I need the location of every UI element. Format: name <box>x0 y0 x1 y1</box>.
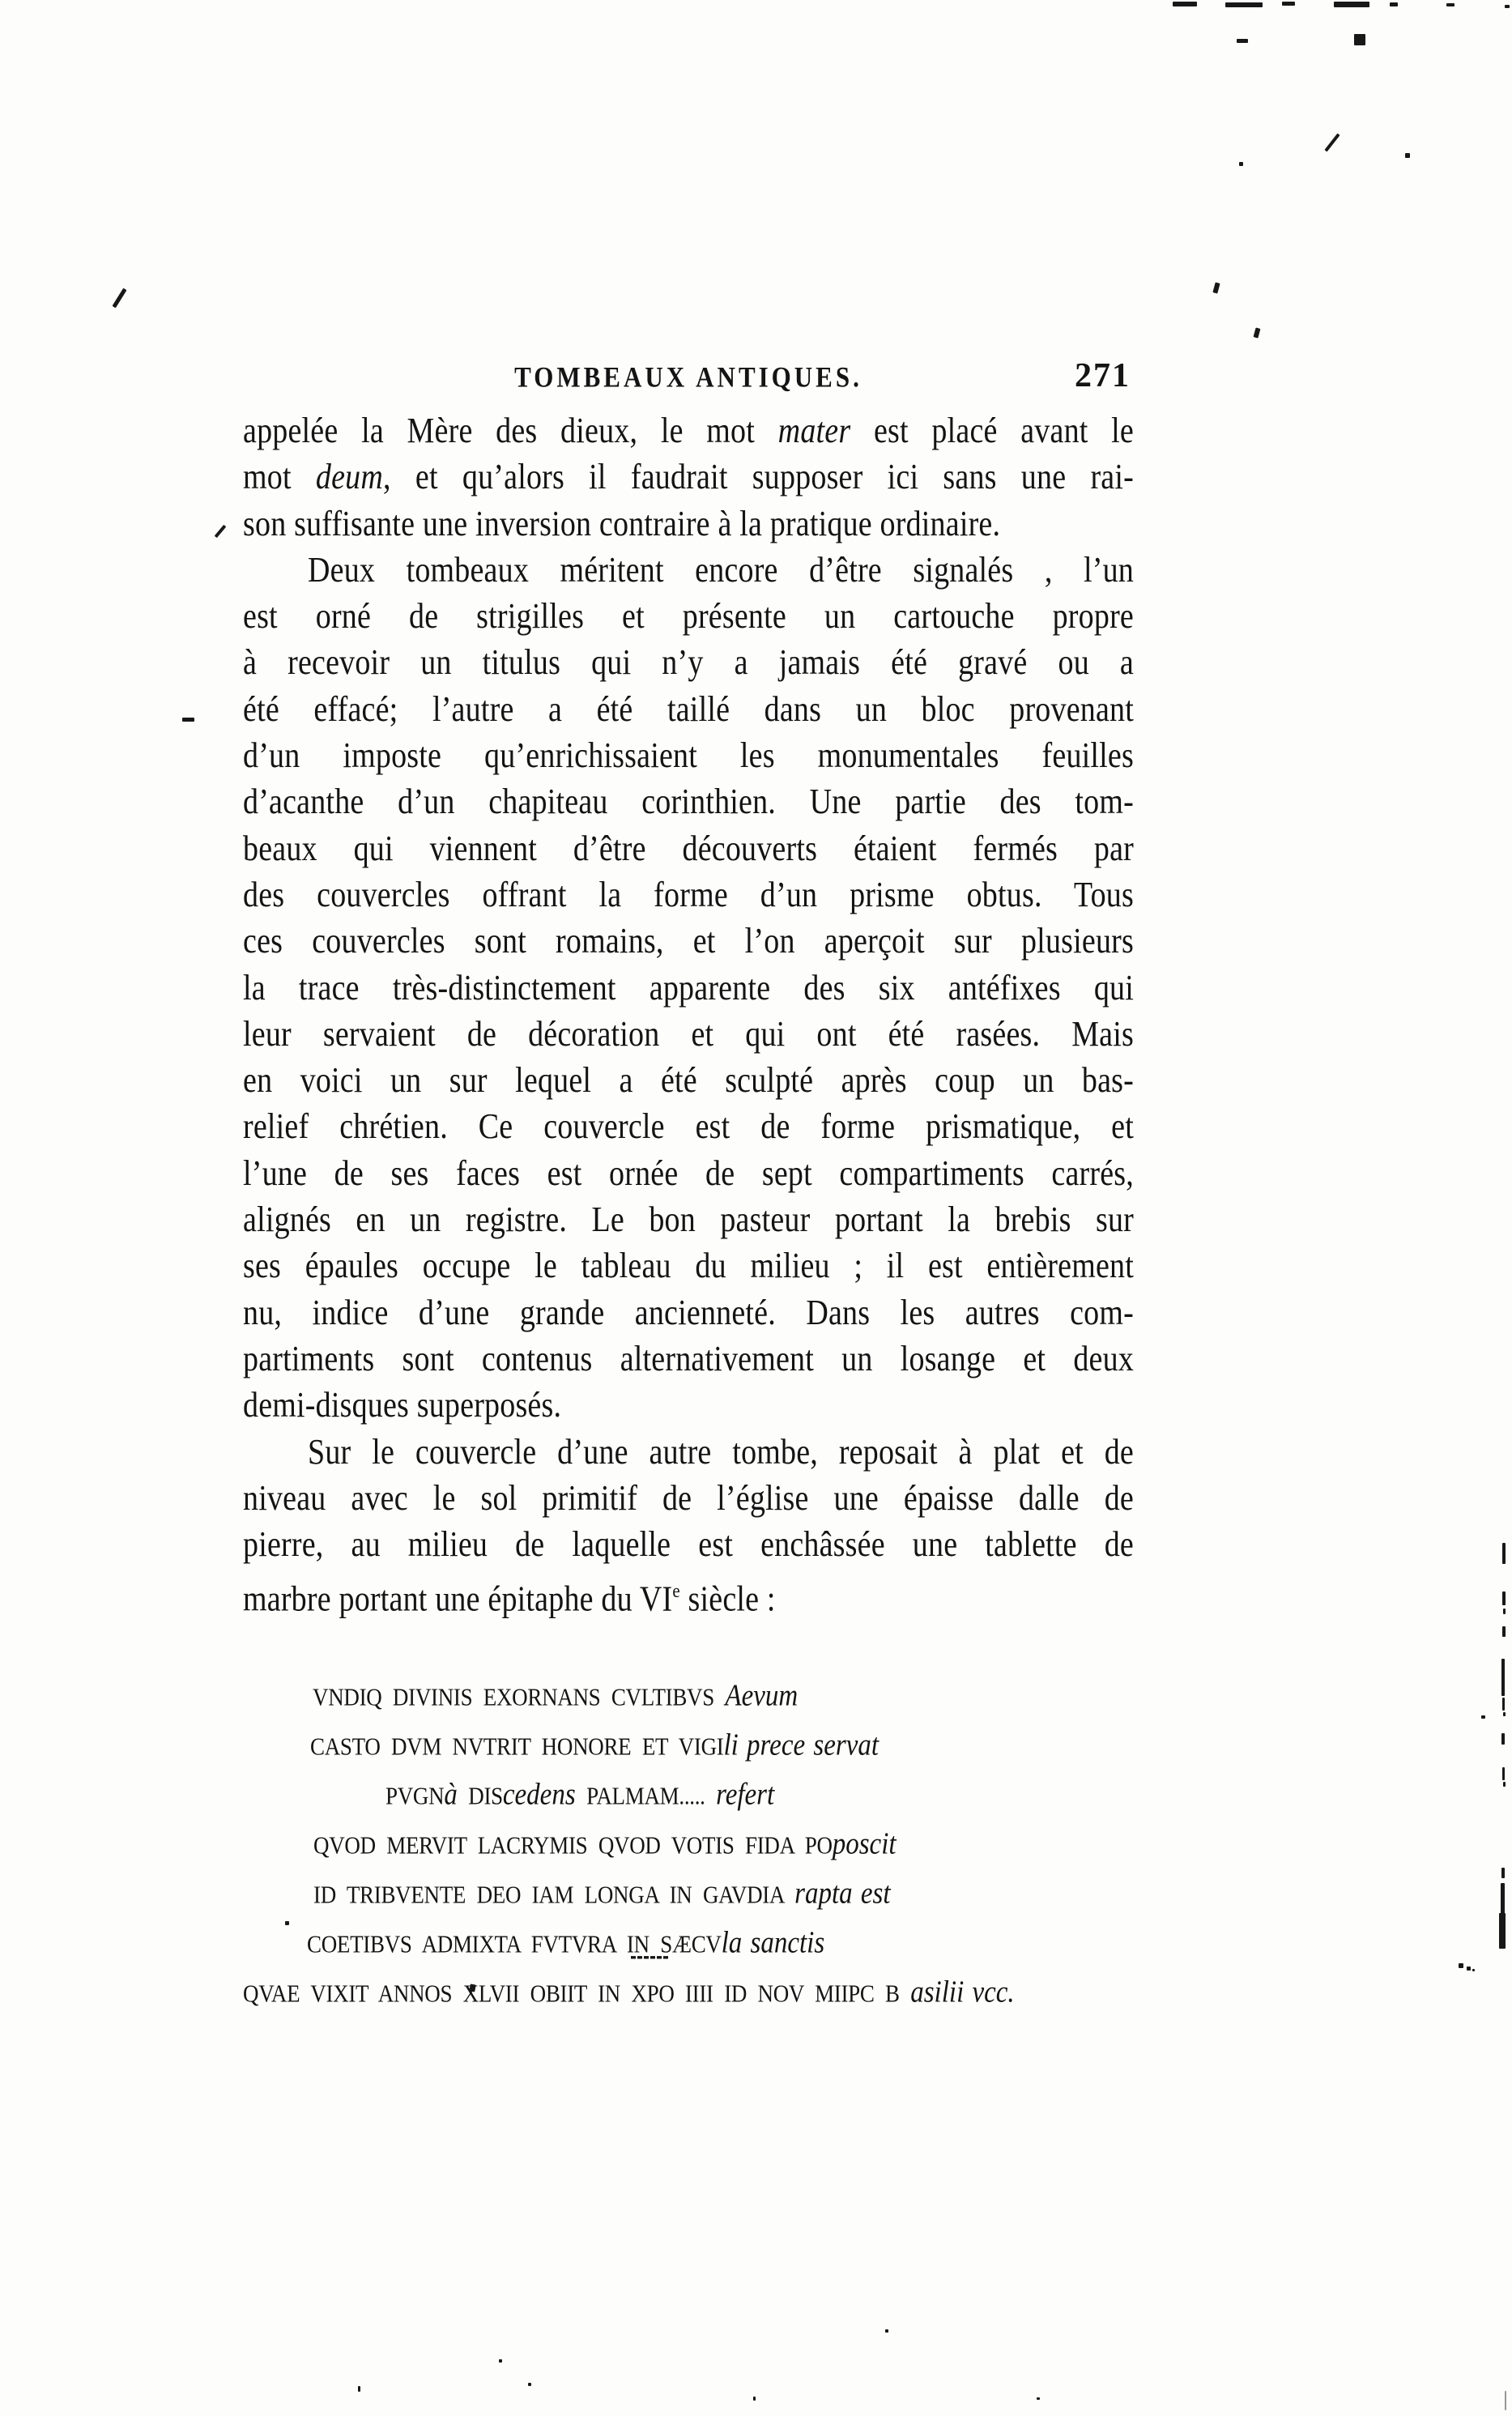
text-segment: asilii vcc. <box>910 1975 1014 2009</box>
text-segment: rapta est <box>794 1877 890 1910</box>
text-segment: beaux qui viennent d’être découverts éta… <box>243 829 1134 869</box>
text-segment: est placé avant le <box>850 411 1134 451</box>
text-segment: son suffisante une inversion contraire à… <box>243 504 1000 544</box>
text-segment: PALMAM..... <box>576 1782 716 1810</box>
text-segment: d’un imposte qu’enrichissaient les monum… <box>243 735 1134 776</box>
text-segment: niveau avec le sol primitif de l’église … <box>243 1478 1134 1519</box>
ink-mark <box>1502 1543 1506 1564</box>
ink-mark <box>1503 1712 1506 1716</box>
ink-mark <box>1503 1782 1506 1787</box>
text-segment: siècle : <box>680 1579 776 1620</box>
text-segment: IIII ID NOV MIIPC B <box>675 1979 911 2008</box>
epitaph-block: VNDIQ DIVINIS EXORNANS CVLTIBVS AevumCAS… <box>243 1615 1247 2018</box>
ink-mark <box>1212 282 1220 293</box>
ink-mark <box>1501 1883 1505 1914</box>
epitaph-line: PVGNà DIScedens PALMAM..... refert <box>243 1766 1247 1823</box>
text-segment: la trace très-distinctement apparente de… <box>243 968 1134 1008</box>
ink-mark <box>1225 2 1263 7</box>
text-segment: , et qu’alors il faudrait supposer ici s… <box>383 457 1134 497</box>
text-segment: mater <box>778 411 851 451</box>
text-segment: des couvercles offrant la forme d’un pri… <box>243 875 1134 915</box>
text-segment: poscit <box>833 1827 897 1860</box>
ink-mark <box>1354 34 1365 45</box>
ink-mark <box>753 2397 756 2401</box>
ink-mark <box>215 525 227 538</box>
book-page: TOMBEAUX ANTIQUES. 271 appelée la Mère d… <box>0 0 1512 2416</box>
ink-mark <box>1502 1698 1505 1711</box>
running-header: TOMBEAUX ANTIQUES. 271 <box>243 363 1134 408</box>
ink-mark <box>1502 1626 1506 1637</box>
ink-mark <box>1501 1733 1505 1745</box>
text-segment: ID TRIBVENTE DEO IAM LONGA IN GAVDIA <box>313 1881 794 1909</box>
ink-mark <box>1472 1969 1475 1971</box>
ink-mark <box>1173 2 1197 6</box>
ink-mark <box>1501 1659 1505 1696</box>
text-segment: e <box>672 1579 679 1602</box>
ink-mark <box>1446 3 1455 6</box>
text-segment: la sanctis <box>722 1926 825 1959</box>
paragraph: Sur le couvercle d’une autre tombe, repo… <box>243 1430 1134 1615</box>
text-segment: partiments sont contenus alternativement… <box>243 1339 1134 1379</box>
epitaph-line: QVAE VIXIT ANNOS XLVII OBIIT IN XPO IIII… <box>243 1964 1247 2021</box>
text-segment: appelée la Mère des dieux, le mot <box>243 411 778 451</box>
text-line: marbre portant une épitaphe du VIe siècl… <box>243 1564 1134 1619</box>
text-segment: cedens <box>503 1778 576 1811</box>
body-text: appelée la Mère des dieux, le mot mater … <box>243 408 1134 1615</box>
ink-mark <box>1459 1963 1463 1968</box>
running-header-title: TOMBEAUX ANTIQUES. <box>243 360 1134 394</box>
ink-mark <box>1499 1913 1506 1949</box>
text-segment: mot <box>243 457 316 497</box>
text-segment: l’une de ses faces est ornée de sept com… <box>243 1153 1134 1194</box>
ink-mark <box>1501 1868 1505 1878</box>
ink-mark <box>1037 2397 1040 2400</box>
ink-mark <box>1503 1609 1506 1614</box>
page-number: 271 <box>1075 356 1131 395</box>
text-segment: ces couvercles sont romains, et l’on ape… <box>243 921 1134 961</box>
epitaph-line: QVOD MERVIT LACRYMIS QVOD VOTIS FIDA POp… <box>243 1816 1247 1873</box>
ink-mark <box>285 1921 289 1925</box>
text-segment: deum <box>316 457 383 497</box>
ink-mark <box>1324 134 1340 152</box>
paragraph: appelée la Mère des dieux, le mot mater … <box>243 408 1134 548</box>
text-segment: XPO <box>631 1966 674 2022</box>
text-segment: ses épaules occupe le tableau du milieu … <box>243 1246 1134 1286</box>
paragraph: Deux tombeaux méritent encore d’être sig… <box>243 548 1134 1430</box>
text-segment: Deux tombeaux méritent encore d’être sig… <box>308 550 1134 590</box>
ink-mark <box>1502 1591 1506 1605</box>
ink-mark <box>358 2386 360 2392</box>
ink-mark <box>112 288 126 309</box>
text-segment: leur servaient de décoration et qui ont … <box>243 1014 1134 1055</box>
text-segment: marbre portant une épitaphe du VI <box>243 1579 672 1620</box>
ink-mark <box>1282 2 1295 6</box>
text-segment: Sur le couvercle d’une autre tombe, repo… <box>308 1432 1134 1472</box>
ink-mark <box>1405 153 1410 158</box>
text-segment: été effacé; l’autre a été taillé dans un… <box>243 689 1134 730</box>
text-segment: CASTO DVM NVTRIT HONORE ET VIGI <box>310 1732 723 1761</box>
epitaph-line: ID TRIBVENTE DEO IAM LONGA IN GAVDIA rap… <box>243 1865 1247 1922</box>
text-segment: COETIBVS ADMIXTA FVTVRA IN SÆCV <box>307 1930 722 1958</box>
ink-mark <box>1502 1767 1505 1780</box>
text-segment: nu, indice d’une grande ancienneté. Dans… <box>243 1293 1134 1333</box>
text-segment: à <box>444 1778 458 1811</box>
text-segment: VNDIQ DIVINIS EXORNANS CVLTIBVS <box>313 1683 725 1711</box>
ink-mark <box>1390 2 1398 6</box>
text-segment: refert <box>716 1778 774 1811</box>
text-segment: à recevoir un titulus qui n’y a jamais é… <box>243 643 1134 684</box>
text-segment: relief chrétien. Ce couvercle est de for… <box>243 1107 1134 1148</box>
text-segment: en voici un sur lequel a été sculpté apr… <box>243 1060 1134 1101</box>
text-segment: li prece servat <box>723 1728 879 1762</box>
ink-mark <box>1237 39 1248 43</box>
epitaph-line: COETIBVS ADMIXTA FVTVRA IN SÆCVla sancti… <box>243 1915 1247 1971</box>
ink-mark <box>528 2383 531 2386</box>
ink-mark <box>1334 2 1369 7</box>
epitaph-line: CASTO DVM NVTRIT HONORE ET VIGIli prece … <box>243 1717 1247 1774</box>
ink-mark <box>1467 1966 1471 1971</box>
ink-mark <box>499 2359 502 2363</box>
text-segment: DIS <box>458 1782 503 1810</box>
text-segment: Aevum <box>725 1679 798 1712</box>
text-segment: demi-disques superposés. <box>243 1385 561 1425</box>
ink-mark <box>1505 2391 1506 2410</box>
text-segment: QVOD MERVIT LACRYMIS QVOD VOTIS FIDA PO <box>313 1831 833 1860</box>
text-segment: QVAE VIXIT ANNOS XLVII OBIIT IN <box>243 1979 631 2008</box>
text-segment: alignés en un registre. Le bon pasteur p… <box>243 1199 1134 1240</box>
text-segment: est orné de strigilles et présente un ca… <box>243 596 1134 637</box>
text-segment: pierre, au milieu de laquelle est enchâs… <box>243 1524 1134 1565</box>
text-segment: PVGN <box>385 1782 444 1810</box>
ink-mark <box>1481 1715 1485 1719</box>
ink-mark <box>182 718 194 722</box>
epitaph-line: VNDIQ DIVINIS EXORNANS CVLTIBVS Aevum <box>243 1668 1247 1724</box>
ink-mark <box>885 2329 888 2333</box>
ink-mark <box>1505 5 1510 8</box>
ink-mark <box>1254 327 1261 338</box>
text-segment: d’acanthe d’un chapiteau corinthien. Une… <box>243 782 1134 822</box>
ink-mark <box>1239 162 1243 166</box>
